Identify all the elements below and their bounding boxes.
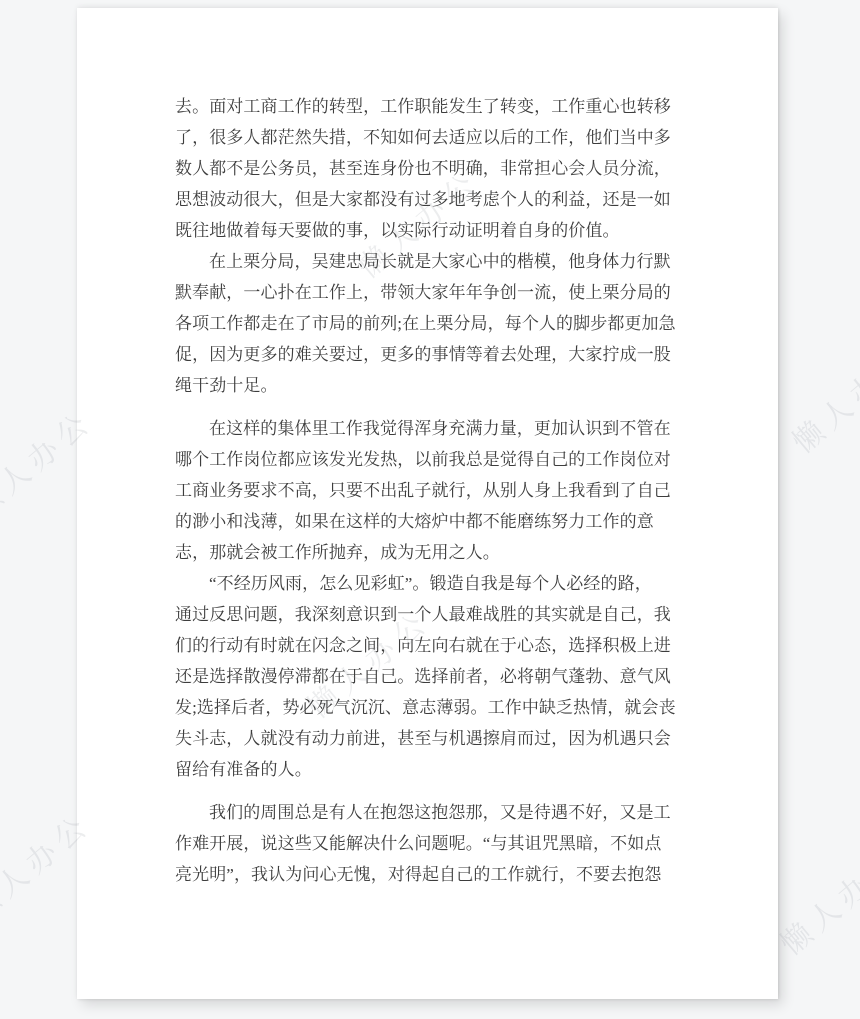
text-line: 去。面对工商工作的转型，工作职能发生了转变，工作重心也转移	[175, 91, 677, 122]
document-viewer-canvas: 去。面对工商工作的转型，工作职能发生了转变，工作重心也转移了，很多人都茫然失措，…	[0, 0, 860, 1019]
text-line: 们的行动有时就在闪念之间，向左向右就在于心态，选择积极上进	[175, 630, 677, 661]
paragraph: “不经历风雨，怎么见彩虹”。锻造自我是每个人必经的路，通过反思问题，我深刻意识到…	[175, 568, 677, 785]
text-line: 失斗志，人就没有动力前进，甚至与机遇擦肩而过，因为机遇只会	[175, 723, 677, 754]
paragraph: 去。面对工商工作的转型，工作职能发生了转变，工作重心也转移了，很多人都茫然失措，…	[175, 91, 677, 246]
text-line: 志，那就会被工作所抛弃，成为无用之人。	[175, 537, 677, 568]
text-line: 既往地做着每天要做的事，以实际行动证明着自身的价值。	[175, 215, 677, 246]
text-line: 在上栗分局，吴建忠局长就是大家心中的楷模，他身体力行默	[175, 246, 677, 277]
text-line: 数人都不是公务员，甚至连身份也不明确，非常担心会人员分流，	[175, 153, 677, 184]
text-line: 各项工作都走在了市局的前列;在上栗分局，每个人的脚步都更加急	[175, 308, 677, 339]
text-line: 了，很多人都茫然失措，不知如何去适应以后的工作，他们当中多	[175, 122, 677, 153]
text-line: 通过反思问题，我深刻意识到一个人最难战胜的其实就是自己，我	[175, 599, 677, 630]
watermark-text: 懒人办公	[769, 835, 860, 964]
text-line: 留给有准备的人。	[175, 754, 677, 785]
text-line: 绳干劲十足。	[175, 370, 677, 401]
watermark-text: 懒人办公	[781, 333, 860, 462]
text-line: 的渺小和浅薄，如果在这样的大熔炉中都不能磨练努力工作的意	[175, 506, 677, 537]
text-line: 还是选择散漫停滞都在于自己。选择前者，必将朝气蓬勃、意气风	[175, 661, 677, 692]
text-line: 哪个工作岗位都应该发光发热，以前我总是觉得自己的工作岗位对	[175, 444, 677, 475]
paragraph: 我们的周围总是有人在抱怨这抱怨那，又是待遇不好，又是工作难开展，说这些又能解决什…	[175, 797, 677, 890]
text-line: 促，因为更多的难关要过，更多的事情等着去处理，大家拧成一股	[175, 339, 677, 370]
paragraph: 在这样的集体里工作我觉得浑身充满力量，更加认识到不管在哪个工作岗位都应该发光发热…	[175, 413, 677, 568]
text-line: 默奉献，一心扑在工作上，带领大家年年争创一流，使上栗分局的	[175, 277, 677, 308]
text-line: 发;选择后者，势必死气沉沉、意志薄弱。工作中缺乏热情，就会丧	[175, 692, 677, 723]
document-page: 去。面对工商工作的转型，工作职能发生了转变，工作重心也转移了，很多人都茫然失措，…	[77, 8, 778, 999]
text-line: 作难开展，说这些又能解决什么问题呢。“与其诅咒黑暗，不如点	[175, 828, 677, 859]
paragraph: 在上栗分局，吴建忠局长就是大家心中的楷模，他身体力行默默奉献，一心扑在工作上，带…	[175, 246, 677, 401]
text-line: 我们的周围总是有人在抱怨这抱怨那，又是待遇不好，又是工	[175, 797, 677, 828]
text-line: 思想波动很大，但是大家都没有过多地考虑个人的利益，还是一如	[175, 184, 677, 215]
text-line: 亮光明”，我认为问心无愧，对得起自己的工作就行，不要去抱怨	[175, 859, 677, 890]
text-line: 在这样的集体里工作我觉得浑身充满力量，更加认识到不管在	[175, 413, 677, 444]
document-body-text: 去。面对工商工作的转型，工作职能发生了转变，工作重心也转移了，很多人都茫然失措，…	[175, 91, 677, 890]
text-line: 工商业务要求不高，只要不出乱子就行，从别人身上我看到了自己	[175, 475, 677, 506]
text-line: “不经历风雨，怎么见彩虹”。锻造自我是每个人必经的路，	[175, 568, 677, 599]
